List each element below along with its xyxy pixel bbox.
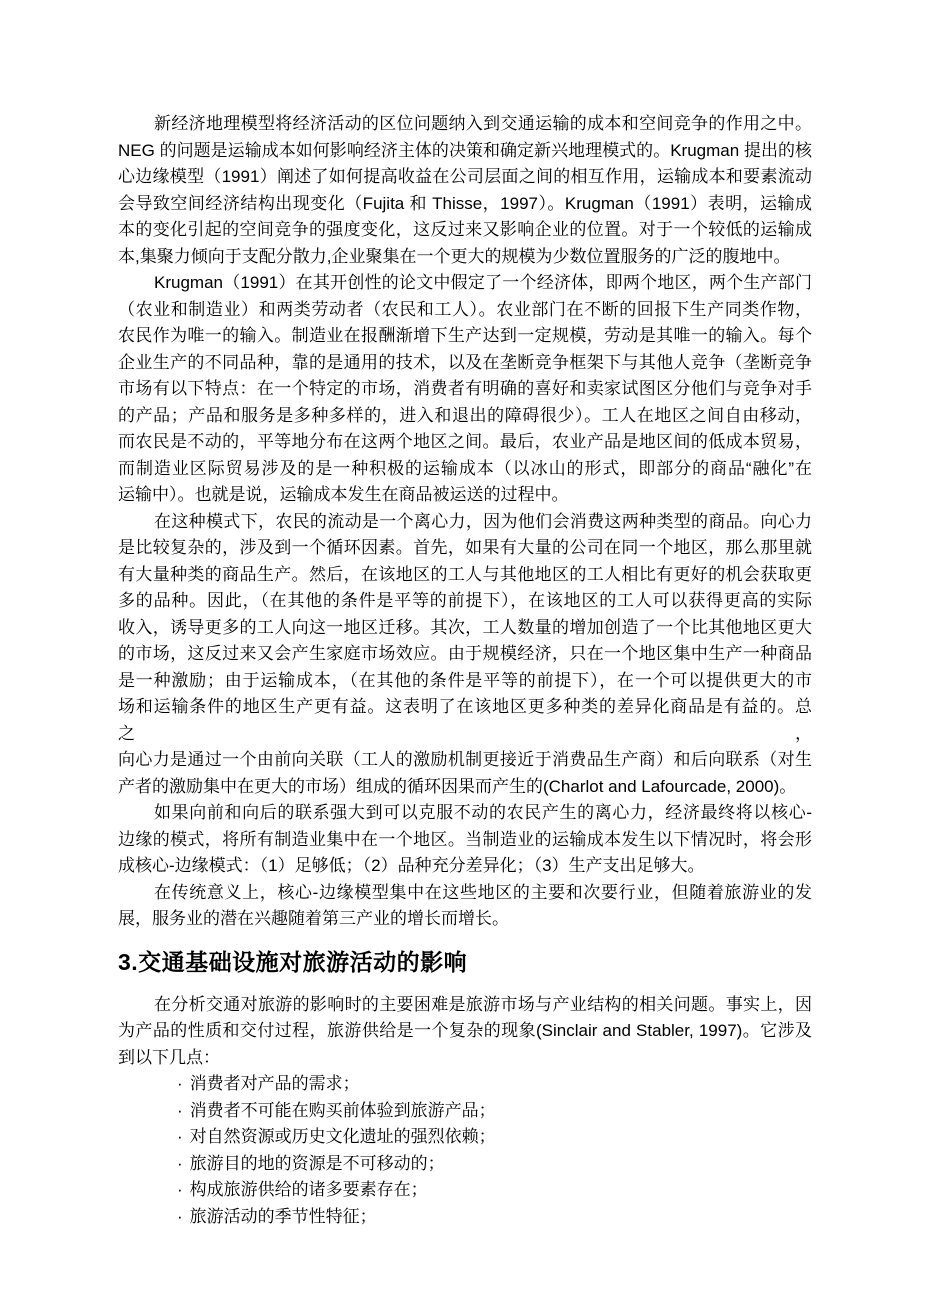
bullet-item: · 构成旅游供给的诸多要素存在； bbox=[118, 1177, 812, 1204]
text-line: 到以下几点： bbox=[118, 1045, 812, 1072]
text-line: 本的变化引起的空间竞争的强度变化，这反过来又影响企业的位置。对于一个较低的运输成 bbox=[118, 217, 812, 244]
bullet-text: 消费者不可能在购买前体验到旅游产品； bbox=[190, 1098, 812, 1125]
text-line: 收入，诱导更多的工人向这一地区迁移。其次，工人数量的增加创造了一个比其他地区更大 bbox=[118, 615, 812, 642]
text-line: 的市场，这反过来又会产生家庭市场效应。由于规模经济，只在一个地区集中生产一种商品 bbox=[118, 641, 812, 668]
text-line: 市场有以下特点：在一个特定的市场，消费者有明确的喜好和卖家试图区分他们与竞争对手 bbox=[118, 376, 812, 403]
text-line: 农民作为唯一的输入。制造业在报酬渐增下生产达到一定规模，劳动是其唯一的输入。每个 bbox=[118, 323, 812, 350]
document-page: 新经济地理模型将经济活动的区位问题纳入到交通运输的成本和空间竞争的作用之中。NE… bbox=[0, 0, 926, 1310]
text-line: Krugman（1991）在其开创性的论文中假定了一个经济体，即两个地区，两个生… bbox=[118, 270, 812, 297]
text-line: 多的品种。因此，（在其他的条件是平等的前提下），在该地区的工人可以获得更高的实际 bbox=[118, 588, 812, 615]
text-line: 心边缘模型（1991）阐述了如何提高收益在公司层面之间的相互作用，运输成本和要素… bbox=[118, 164, 812, 191]
bullet-text: 构成旅游供给的诸多要素存在； bbox=[190, 1177, 812, 1204]
text-line: 为产品的性质和交付过程，旅游供给是一个复杂的现象(Sinclair and St… bbox=[118, 1018, 812, 1045]
bullet-marker-icon: · bbox=[177, 1071, 183, 1098]
paragraph-centripetal-forces: 在这种模式下，农民的流动是一个离心力，因为他们会消费这两种类型的商品。向心力是比… bbox=[118, 509, 812, 801]
text-line: 的产品；产品和服务是多种多样的，进入和退出的障碍很少）。工人在地区之间自由移动， bbox=[118, 403, 812, 430]
bullet-item: · 对自然资源或历史文化遗址的强烈依赖； bbox=[118, 1124, 812, 1151]
text-line: 向心力是通过一个由前向关联（工人的激励机制更接近于消费品生产商）和后向联系（对生 bbox=[118, 747, 812, 774]
bullet-marker-icon: · bbox=[177, 1124, 183, 1151]
bullet-text: 对自然资源或历史文化遗址的强烈依赖； bbox=[190, 1124, 812, 1151]
bullet-item: · 消费者对产品的需求； bbox=[118, 1071, 812, 1098]
paragraph-traditional-sense: 在传统意义上，核心-边缘模型集中在这些地区的主要和次要行业，但随着旅游业的发展，… bbox=[118, 880, 812, 933]
bullet-marker-icon: · bbox=[177, 1098, 183, 1125]
text-line: 在分析交通对旅游的影响时的主要困难是旅游市场与产业结构的相关问题。事实上，因 bbox=[118, 992, 812, 1019]
text-line: （农业和制造业）和两类劳动者（农民和工人）。农业部门在不断的回报下生产同类作物， bbox=[118, 297, 812, 324]
text-line: 是比较复杂的，涉及到一个循环因素。首先，如果有大量的公司在同一个地区，那么那里就 bbox=[118, 535, 812, 562]
bullet-item: · 旅游目的地的资源是不可移动的； bbox=[118, 1151, 812, 1178]
text-line: 新经济地理模型将经济活动的区位问题纳入到交通运输的成本和空间竞争的作用之中。 bbox=[118, 111, 812, 138]
text-line: 如果向前和向后的联系强大到可以克服不动的农民产生的离心力，经济最终将以核心- bbox=[118, 800, 812, 827]
section-3-heading: 3.交通基础设施对旅游活动的影响 bbox=[118, 945, 812, 979]
text-line: 会导致空间经济结构出现变化（Fujita 和 Thisse，1997）。Krug… bbox=[118, 191, 812, 218]
text-line: 运输中）。也就是说，运输成本发生在商品被运送的过程中。 bbox=[118, 482, 812, 509]
bullet-item: · 消费者不可能在购买前体验到旅游产品； bbox=[118, 1098, 812, 1125]
text-content: 新经济地理模型将经济活动的区位问题纳入到交通运输的成本和空间竞争的作用之中。NE… bbox=[118, 111, 812, 1230]
text-line: 而农民是不动的，平等地分布在这两个地区之间。最后，农业产品是地区间的低成本贸易， bbox=[118, 429, 812, 456]
text-line: 成核心-边缘模式：（1）足够低；（2）品种充分差异化；（3）生产支出足够大。 bbox=[118, 853, 812, 880]
text-line: 是一种激励；由于运输成本，（在其他的条件是平等的前提下），在一个可以提供更大的市 bbox=[118, 668, 812, 695]
text-line: 在这种模式下，农民的流动是一个离心力，因为他们会消费这两种类型的商品。向心力 bbox=[118, 509, 812, 536]
text-line: 有大量种类的商品生产。然后，在该地区的工人与其他地区的工人相比有更好的机会获取更 bbox=[118, 562, 812, 589]
text-line: 产者的激励集中在更大的市场）组成的循环因果而产生的(Charlot and La… bbox=[118, 774, 812, 801]
bullet-marker-icon: · bbox=[177, 1177, 183, 1204]
bullet-text: 旅游活动的季节性特征； bbox=[190, 1204, 812, 1231]
paragraph-core-periphery: 如果向前和向后的联系强大到可以克服不动的农民产生的离心力，经济最终将以核心-边缘… bbox=[118, 800, 812, 880]
bullet-marker-icon: · bbox=[177, 1151, 183, 1178]
text-line: 展，服务业的潜在兴趣随着第三产业的增长而增长。 bbox=[118, 906, 812, 933]
bullet-item: · 旅游活动的季节性特征； bbox=[118, 1204, 812, 1231]
paragraph-krugman-model: Krugman（1991）在其开创性的论文中假定了一个经济体，即两个地区，两个生… bbox=[118, 270, 812, 509]
text-line: 企业生产的不同品种，靠的是通用的技术，以及在垄断竞争框架下与其他人竞争（垄断竞争 bbox=[118, 350, 812, 377]
text-line: 场和运输条件的地区生产更有益。这表明了在该地区更多种类的差异化商品是有益的。总之… bbox=[118, 694, 812, 747]
bullet-marker-icon: · bbox=[177, 1204, 183, 1231]
text-line: NEG 的问题是运输成本如何影响经济主体的决策和确定新兴地理模式的。Krugma… bbox=[118, 138, 812, 165]
text-line: 本,集聚力倾向于支配分散力,企业聚集在一个更大的规模为少数位置服务的广泛的腹地中… bbox=[118, 244, 812, 271]
paragraph-tourism-supply: 在分析交通对旅游的影响时的主要困难是旅游市场与产业结构的相关问题。事实上，因为产… bbox=[118, 992, 812, 1072]
bullet-text: 消费者对产品的需求； bbox=[190, 1071, 812, 1098]
bullet-text: 旅游目的地的资源是不可移动的； bbox=[190, 1151, 812, 1178]
paragraph-neg-overview: 新经济地理模型将经济活动的区位问题纳入到交通运输的成本和空间竞争的作用之中。NE… bbox=[118, 111, 812, 270]
text-line: 在传统意义上，核心-边缘模型集中在这些地区的主要和次要行业，但随着旅游业的发 bbox=[118, 880, 812, 907]
text-line: 而制造业区际贸易涉及的是一种积极的运输成本（以冰山的形式，即部分的商品“融化”在 bbox=[118, 456, 812, 483]
text-line: 边缘的模式，将所有制造业集中在一个地区。当制造业的运输成本发生以下情况时，将会形 bbox=[118, 827, 812, 854]
bullet-list: · 消费者对产品的需求； · 消费者不可能在购买前体验到旅游产品； · 对自然资… bbox=[118, 1071, 812, 1230]
